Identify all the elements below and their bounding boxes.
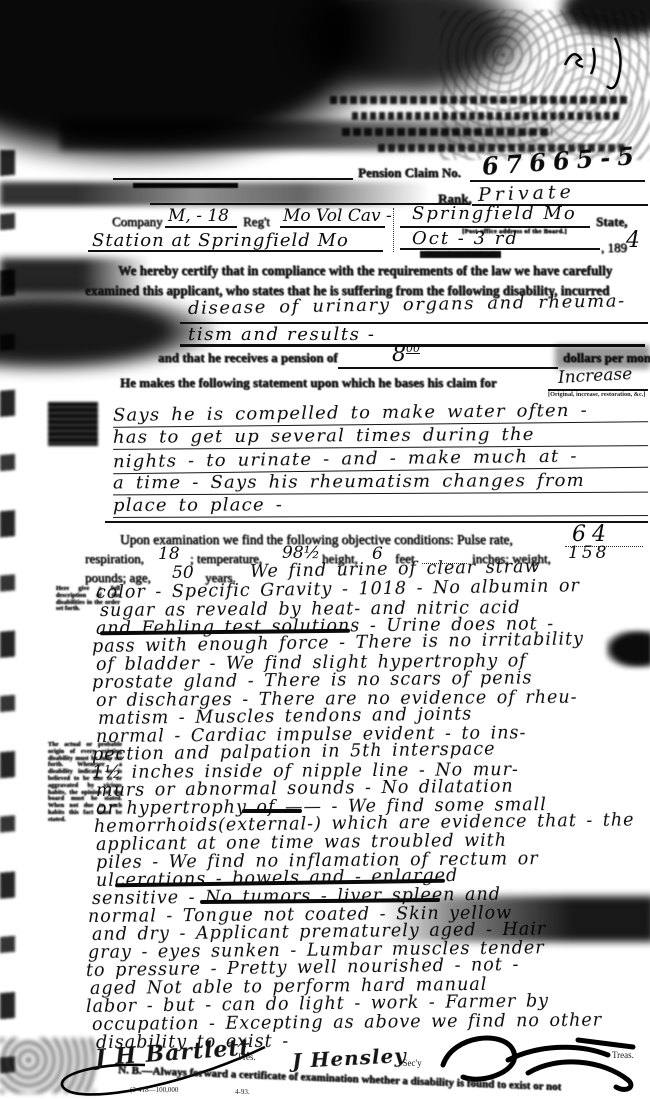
company-label: Company (112, 214, 163, 230)
section-divider-rule (105, 521, 648, 523)
statement-margin-blot (48, 402, 98, 446)
state-label: State, (596, 214, 627, 230)
pension-amount-rule (338, 367, 558, 369)
pension-prefix: and that he receives a pension of (158, 350, 338, 366)
regiment-value: Mo Vol Cav - (283, 206, 392, 226)
secretary-title: , Sec'y (398, 1058, 422, 1068)
claim-number-value: 67665-5 (481, 141, 642, 181)
station-rule (88, 250, 383, 252)
certify-line1: We hereby certify that in compliance wit… (118, 263, 612, 279)
date-bracket: [Date of examination.] (420, 251, 501, 258)
statement-line: place to place - (113, 493, 648, 518)
board-po-value: Springfield Mo (412, 203, 577, 224)
exam-date-rule (400, 248, 600, 250)
year-printed: , 189 (601, 240, 627, 256)
scan-noise-mid-band (60, 120, 620, 150)
company-rule (165, 226, 237, 228)
pen-squiggle-top-right (545, 30, 645, 100)
claim-number-label: Pension Claim No. (358, 165, 461, 181)
strikethrough-mark (242, 809, 302, 813)
scan-noise-top-left (0, 0, 410, 170)
claim-left-rule (113, 178, 353, 180)
scan-noise-top-mid (290, 0, 530, 100)
pension-amount: 8 (392, 342, 406, 367)
scan-left-edge-strip (0, 150, 15, 1099)
right-edge-blot (606, 630, 650, 668)
weight-value: 158 (568, 543, 609, 563)
scanned-document-page: Pension Claim No. 67665-5 Rank, Private … (0, 0, 650, 1099)
respiration-label: respiration, (85, 551, 144, 567)
company-value: M, - 18 (168, 206, 229, 226)
disability-line2: tism and results - (188, 324, 376, 345)
regiment-label: Reg't (243, 214, 270, 230)
treasurer-title: Treas. (612, 1050, 634, 1060)
column-divider (393, 208, 394, 252)
respiration-value: 18 (158, 544, 180, 564)
footer-print-code: (3-418—100,000 (130, 1086, 178, 1094)
year-digit: 4 (626, 228, 640, 253)
illegible-header-line (342, 128, 552, 136)
pension-suffix: dollars per month. (563, 350, 650, 366)
exam-date-value: Oct - 3 rd (412, 228, 519, 249)
age-value: 50 (172, 563, 194, 583)
statement-line: a time - Says his rheumatism changes fro… (113, 470, 648, 496)
secretary-signature: J Hensley (291, 1043, 407, 1073)
claim-basis-prefix: He makes the following statement upon wh… (120, 375, 497, 391)
president-title: Pres. (238, 1052, 256, 1062)
claim-for-value: Increase (557, 364, 632, 388)
footer-print-code2: 4-93. (235, 1088, 250, 1096)
station-value: Station at Springfield Mo (92, 230, 349, 251)
claim-left-bracket-smudge (133, 183, 238, 188)
illegible-header-line (352, 112, 620, 120)
regiment-rule (280, 226, 385, 228)
pension-cents: 00 (406, 342, 420, 355)
claim-bracket: [Original, increase, restoration, &c.] (548, 391, 646, 398)
